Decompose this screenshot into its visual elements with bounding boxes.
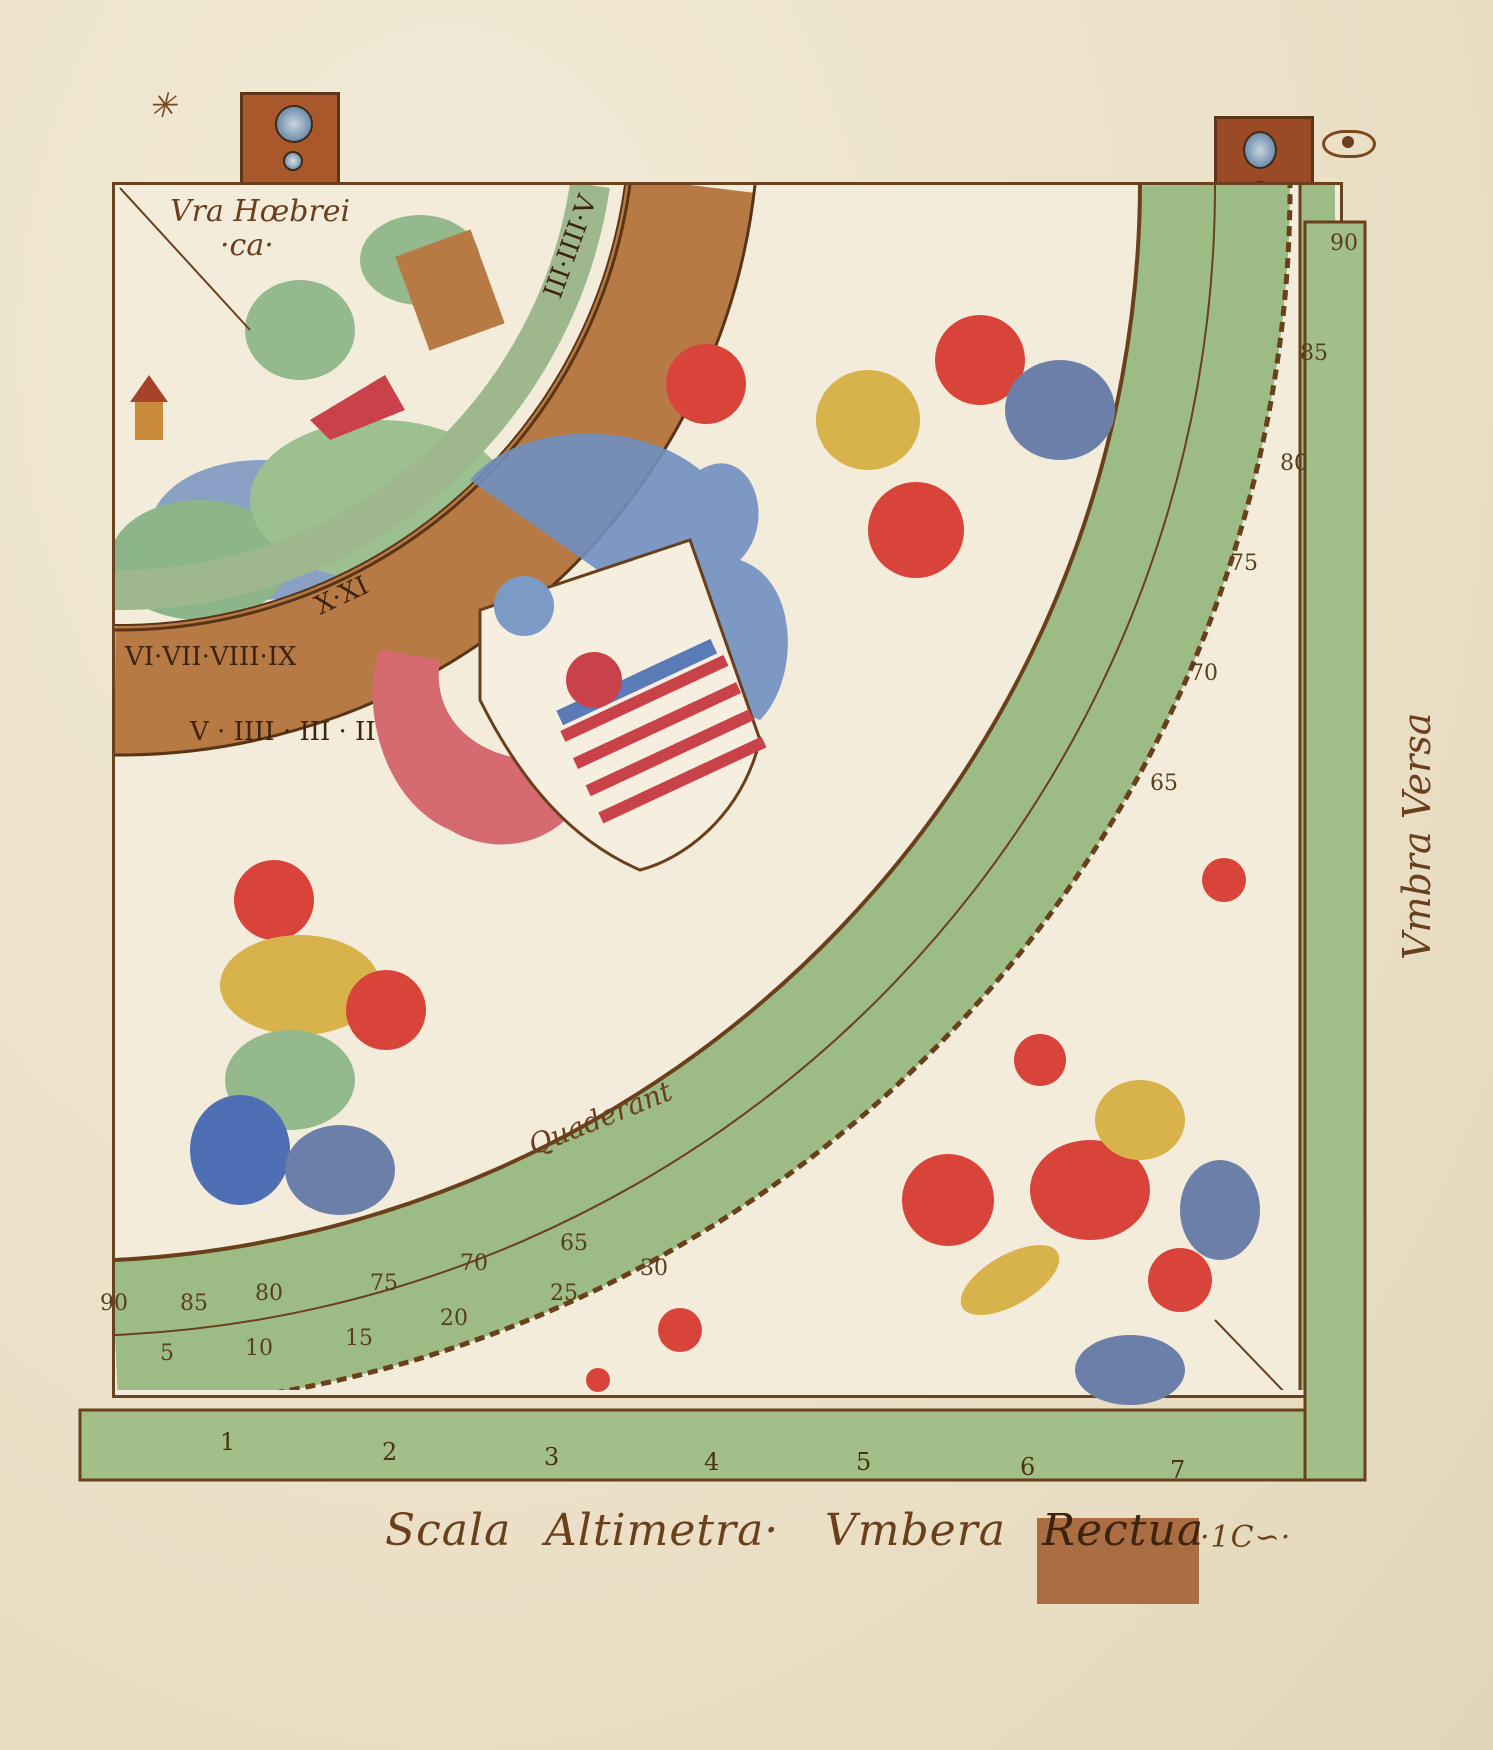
svg-text:6: 6 xyxy=(1020,1453,1035,1481)
top-left-label: Vra Hœbrei ·ca· xyxy=(170,195,350,263)
svg-text:VI·VII·VIII·IX: VI·VII·VIII·IX xyxy=(124,642,297,672)
svg-text:10: 10 xyxy=(245,1336,273,1361)
svg-text:75: 75 xyxy=(1230,551,1258,576)
svg-text:V · IIII · III · II: V · IIII · III · II xyxy=(189,717,376,747)
svg-text:75: 75 xyxy=(370,1271,398,1296)
svg-text:90: 90 xyxy=(1330,231,1358,256)
svg-text:85: 85 xyxy=(180,1291,208,1316)
svg-text:30: 30 xyxy=(640,1256,668,1281)
svg-text:25: 25 xyxy=(550,1281,578,1306)
caption-altimetra: Altimetra· xyxy=(545,1505,779,1556)
svg-text:15: 15 xyxy=(345,1326,373,1351)
label-line-2: ·ca· xyxy=(170,229,350,263)
svg-text:80: 80 xyxy=(255,1281,283,1306)
caption-flourish: ·1C∽· xyxy=(1200,1520,1291,1555)
svg-text:5: 5 xyxy=(856,1448,871,1476)
svg-text:3: 3 xyxy=(544,1443,559,1471)
svg-text:70: 70 xyxy=(460,1251,488,1276)
svg-text:7: 7 xyxy=(1170,1456,1185,1484)
svg-text:2: 2 xyxy=(382,1438,397,1466)
label-line-1: Vra Hœbrei xyxy=(170,195,350,229)
caption-scala: Scala xyxy=(385,1505,511,1556)
svg-text:5: 5 xyxy=(160,1341,174,1366)
svg-text:90: 90 xyxy=(100,1291,128,1316)
caption-vmbera: Vmbera xyxy=(825,1505,1006,1556)
caption-rectua: Rectua xyxy=(1042,1505,1204,1556)
svg-text:70: 70 xyxy=(1190,661,1218,686)
svg-text:80: 80 xyxy=(1280,451,1308,476)
svg-text:4: 4 xyxy=(704,1448,719,1476)
svg-text:65: 65 xyxy=(1150,771,1178,796)
umbra-versa-label: Vmbra Versa xyxy=(1395,713,1439,960)
svg-text:85: 85 xyxy=(1300,341,1328,366)
svg-text:65: 65 xyxy=(560,1231,588,1256)
svg-text:1: 1 xyxy=(220,1428,235,1456)
svg-text:20: 20 xyxy=(440,1306,468,1331)
